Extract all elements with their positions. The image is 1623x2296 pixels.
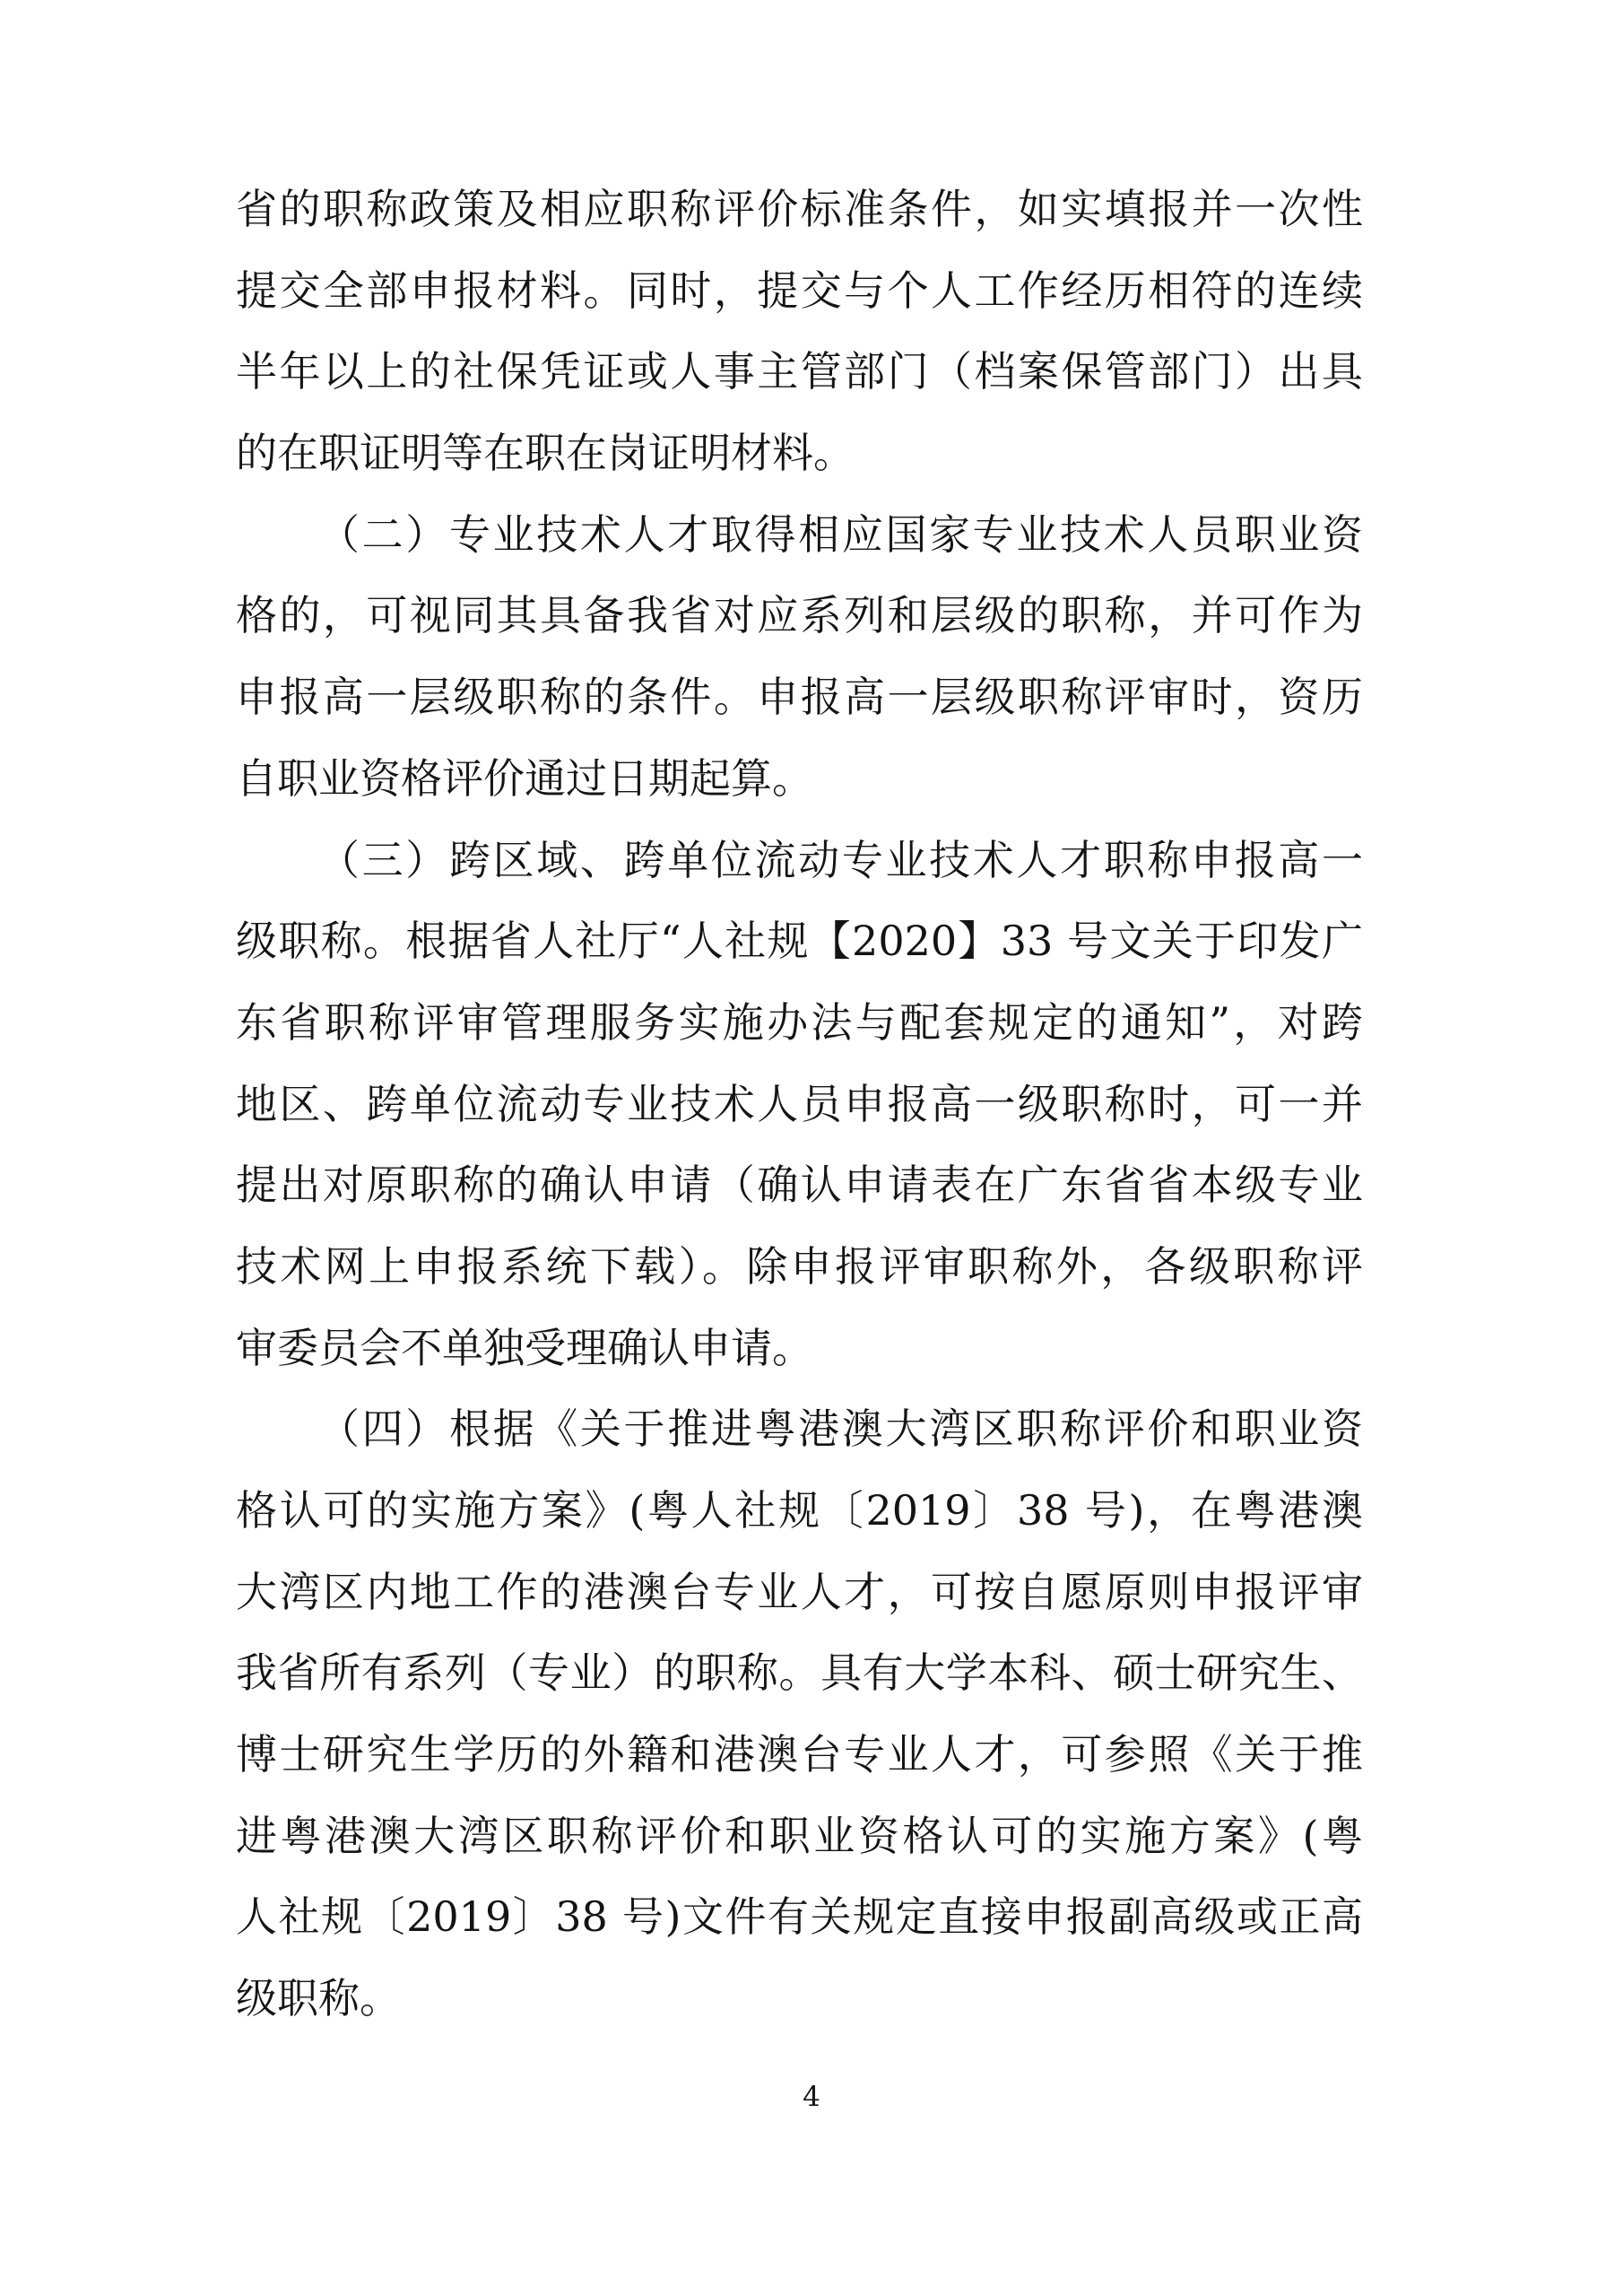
text-line: （四）根据《关于推进粤港澳大湾区职称评价和职业资 xyxy=(236,1388,1363,1470)
document-body: 省的职称政策及相应职称评价标准条件，如实填报并一次性 提交全部申报材料。同时，提… xyxy=(236,169,1363,2039)
paragraph: （三）跨区域、跨单位流动专业技术人才职称申报高一 级职称。根据省人社厅“人社规【… xyxy=(236,820,1363,1389)
text-line: 提出对原职称的确认申请（确认申请表在广东省省本级专业 xyxy=(236,1144,1363,1226)
text-line: （三）跨区域、跨单位流动专业技术人才职称申报高一 xyxy=(236,820,1363,901)
text-line: 级职称。 xyxy=(236,1958,1363,2039)
text-line: 省的职称政策及相应职称评价标准条件，如实填报并一次性 xyxy=(236,169,1363,250)
text-line: 人社规〔2019〕38 号)文件有关规定直接申报副高级或正高 xyxy=(236,1876,1363,1958)
paragraph: 省的职称政策及相应职称评价标准条件，如实填报并一次性 提交全部申报材料。同时，提… xyxy=(236,169,1363,494)
text-line: 博士研究生学历的外籍和港澳台专业人才，可参照《关于推 xyxy=(236,1714,1363,1796)
text-line: 级职称。根据省人社厅“人社规【2020】33 号文关于印发广 xyxy=(236,900,1363,982)
text-line: 审委员会不单独受理确认申请。 xyxy=(236,1308,1363,1389)
text-line: 提交全部申报材料。同时，提交与个人工作经历相符的连续 xyxy=(236,250,1363,332)
text-line: 格认可的实施方案》(粤人社规〔2019〕38 号)，在粤港澳 xyxy=(236,1470,1363,1552)
text-line: 我省所有系列（专业）的职称。具有大学本科、硕士研究生、 xyxy=(236,1632,1363,1714)
text-line: 进粤港澳大湾区职称评价和职业资格认可的实施方案》(粤 xyxy=(236,1796,1363,1877)
text-line: 技术网上申报系统下载）。除申报评审职称外，各级职称评 xyxy=(236,1226,1363,1308)
text-line: 申报高一层级职称的条件。申报高一层级职称评审时，资历 xyxy=(236,657,1363,738)
text-line: 的在职证明等在职在岗证明材料。 xyxy=(236,413,1363,494)
document-page: 省的职称政策及相应职称评价标准条件，如实填报并一次性 提交全部申报材料。同时，提… xyxy=(0,0,1623,2296)
text-line: 自职业资格评价通过日期起算。 xyxy=(236,738,1363,820)
paragraph: （四）根据《关于推进粤港澳大湾区职称评价和职业资 格认可的实施方案》(粤人社规〔… xyxy=(236,1388,1363,2039)
text-line: 东省职称评审管理服务实施办法与配套规定的通知”，对跨 xyxy=(236,982,1363,1064)
text-line: 半年以上的社保凭证或人事主管部门（档案保管部门）出具 xyxy=(236,331,1363,413)
text-line: 地区、跨单位流动专业技术人员申报高一级职称时，可一并 xyxy=(236,1064,1363,1145)
text-line: 大湾区内地工作的港澳台专业人才，可按自愿原则申报评审 xyxy=(236,1552,1363,1633)
paragraph: （二）专业技术人才取得相应国家专业技术人员职业资 格的，可视同其具备我省对应系列… xyxy=(236,494,1363,820)
text-line: 格的，可视同其具备我省对应系列和层级的职称，并可作为 xyxy=(236,575,1363,657)
page-number: 4 xyxy=(0,2079,1623,2115)
text-line: （二）专业技术人才取得相应国家专业技术人员职业资 xyxy=(236,494,1363,576)
